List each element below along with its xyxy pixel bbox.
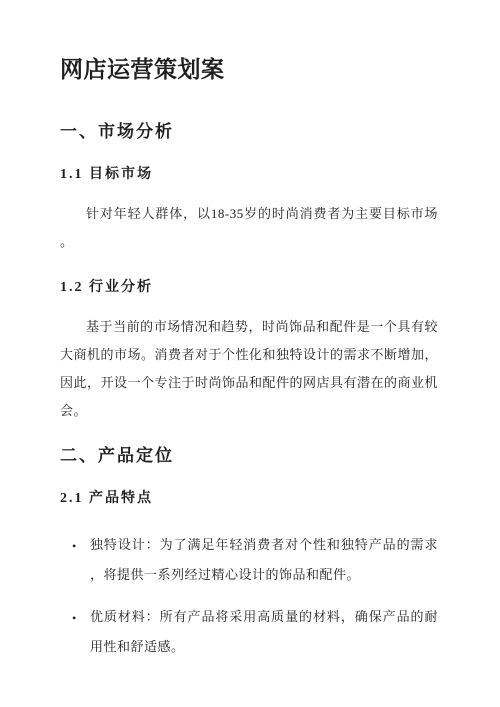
bullet-icon: • [72, 603, 77, 633]
heading-target-market: 1.1 目标市场 [60, 166, 438, 184]
heading-product-features: 2.1 产品特点 [60, 490, 438, 508]
document-title: 网店运营策划案 [60, 56, 438, 84]
heading-industry-analysis: 1.2 行业分析 [60, 279, 438, 297]
list-item-text: 独特设计：为了满足年轻消费者对个性和独特产品的需求，将提供一系列经过精心设计的饰… [90, 537, 438, 582]
bullet-icon: • [72, 531, 77, 561]
heading-market-analysis: 一、市场分析 [60, 121, 438, 143]
paragraph-industry-analysis: 基于当前的市场情况和趋势，时尚饰品和配件是一个具有较大商机的市场。消费者对于个性… [60, 313, 438, 425]
document-page: 网店运营策划案 一、市场分析 1.1 目标市场 针对年轻人群体，以18-35岁的… [0, 0, 500, 707]
heading-product-positioning: 二、产品定位 [60, 445, 438, 467]
paragraph-target-market: 针对年轻人群体，以18-35岁的时尚消费者为主要目标市场。 [60, 200, 438, 256]
list-item: • 独特设计：为了满足年轻消费者对个性和独特产品的需求，将提供一系列经过精心设计… [60, 530, 438, 590]
list-item-text: 优质材料：所有产品将采用高质量的材料，确保产品的耐用性和舒适感。 [90, 609, 438, 654]
product-features-list: • 独特设计：为了满足年轻消费者对个性和独特产品的需求，将提供一系列经过精心设计… [60, 530, 438, 662]
list-item: • 优质材料：所有产品将采用高质量的材料，确保产品的耐用性和舒适感。 [60, 602, 438, 662]
